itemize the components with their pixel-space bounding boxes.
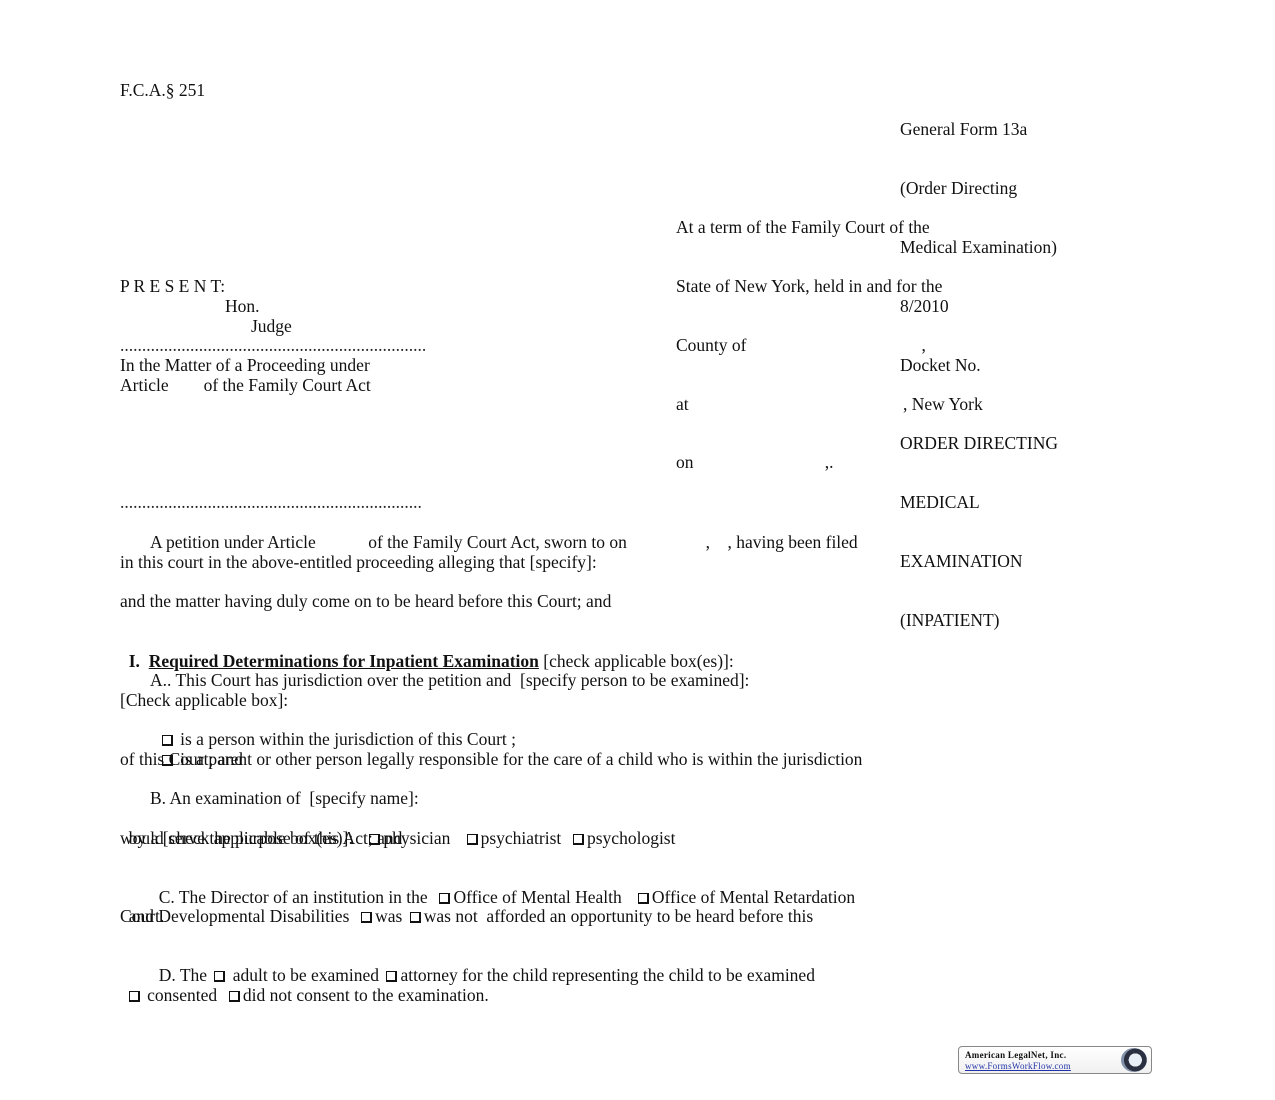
footer-company: American LegalNet, Inc. xyxy=(965,1050,1066,1060)
court-term-line: State of New York, held in and for the xyxy=(676,277,983,297)
judge-label: Judge xyxy=(251,317,292,337)
checkbox-psychologist[interactable] xyxy=(573,834,584,845)
section-i-number: I. xyxy=(129,651,140,671)
checkbox-was[interactable] xyxy=(361,912,372,923)
petition-line-2: in this court in the above-entitled proc… xyxy=(120,553,597,573)
section-c-line-3: Court. xyxy=(120,907,164,927)
petition-line-1: A petition under Article of the Family C… xyxy=(150,533,858,553)
caption-divider-top: ........................................… xyxy=(120,336,426,356)
section-b-line-1: B. An examination of [specify name]: xyxy=(150,789,419,809)
section-a-line-1: A.. This Court has jurisdiction over the… xyxy=(150,671,749,691)
docket-label: Docket No. xyxy=(900,356,981,376)
footer-logo[interactable]: American LegalNet, Inc. www.FormsWorkFlo… xyxy=(958,1046,1152,1074)
statute-reference: F.C.A.§ 251 xyxy=(120,81,205,101)
section-a-line-2: [Check applicable box]: xyxy=(120,691,288,711)
order-title-line: ORDER DIRECTING xyxy=(900,434,1058,454)
court-term-line: At a term of the Family Court of the xyxy=(676,218,983,238)
caption-divider-bottom: ........................................… xyxy=(120,493,422,513)
hon-label: Hon. xyxy=(225,297,260,317)
option-label: was xyxy=(375,906,402,926)
section-a-option-2: is a parent or other person legally resp… xyxy=(150,730,862,769)
matter-line-2: Article of the Family Court Act xyxy=(120,376,371,396)
order-title-line: EXAMINATION xyxy=(900,552,1058,572)
order-title-line: (INPATIENT) xyxy=(900,611,1058,631)
form-info-line: General Form 13a xyxy=(900,120,1057,140)
section-b-line-3: would serve the purpose of this Act; and xyxy=(120,829,402,849)
order-title: ORDER DIRECTING MEDICAL EXAMINATION (INP… xyxy=(900,395,1058,650)
checkbox-was-not[interactable] xyxy=(410,912,421,923)
checkbox-consented[interactable] xyxy=(129,991,140,1002)
present-label: P R E S E N T: xyxy=(120,277,225,297)
section-c-line-2: and Developmental Disabilities was was n… xyxy=(120,887,813,926)
option-label: psychologist xyxy=(587,828,675,848)
option-label: psychiatrist xyxy=(481,828,562,848)
section-i-instruction: [check applicable box(es)]: xyxy=(539,651,734,671)
court-term-line-county: County of , xyxy=(676,336,983,356)
checkbox-did-not-consent[interactable] xyxy=(229,991,240,1002)
section-i-title: Required Determinations for Inpatient Ex… xyxy=(149,651,539,671)
option-label: did not consent to the examination. xyxy=(243,985,489,1005)
matter-line-1: In the Matter of a Proceeding under xyxy=(120,356,370,376)
order-title-line: MEDICAL xyxy=(900,493,1058,513)
checkbox-psychiatrist[interactable] xyxy=(467,834,478,845)
matter-heard-line: and the matter having duly come on to be… xyxy=(120,592,611,612)
option-label: consented xyxy=(143,985,222,1005)
option-label: was not afforded an opportunity to be he… xyxy=(424,906,813,926)
option-label: is a parent or other person legally resp… xyxy=(180,749,862,769)
section-i-heading: I. Required Determinations for Inpatient… xyxy=(120,632,734,671)
globe-logo-icon xyxy=(1121,1048,1147,1072)
section-d-line-2: consented did not consent to the examina… xyxy=(120,966,489,1005)
section-a-option-2-cont: of this Court; and xyxy=(120,750,243,770)
footer-website-link[interactable]: www.FormsWorkFlow.com xyxy=(965,1061,1071,1071)
